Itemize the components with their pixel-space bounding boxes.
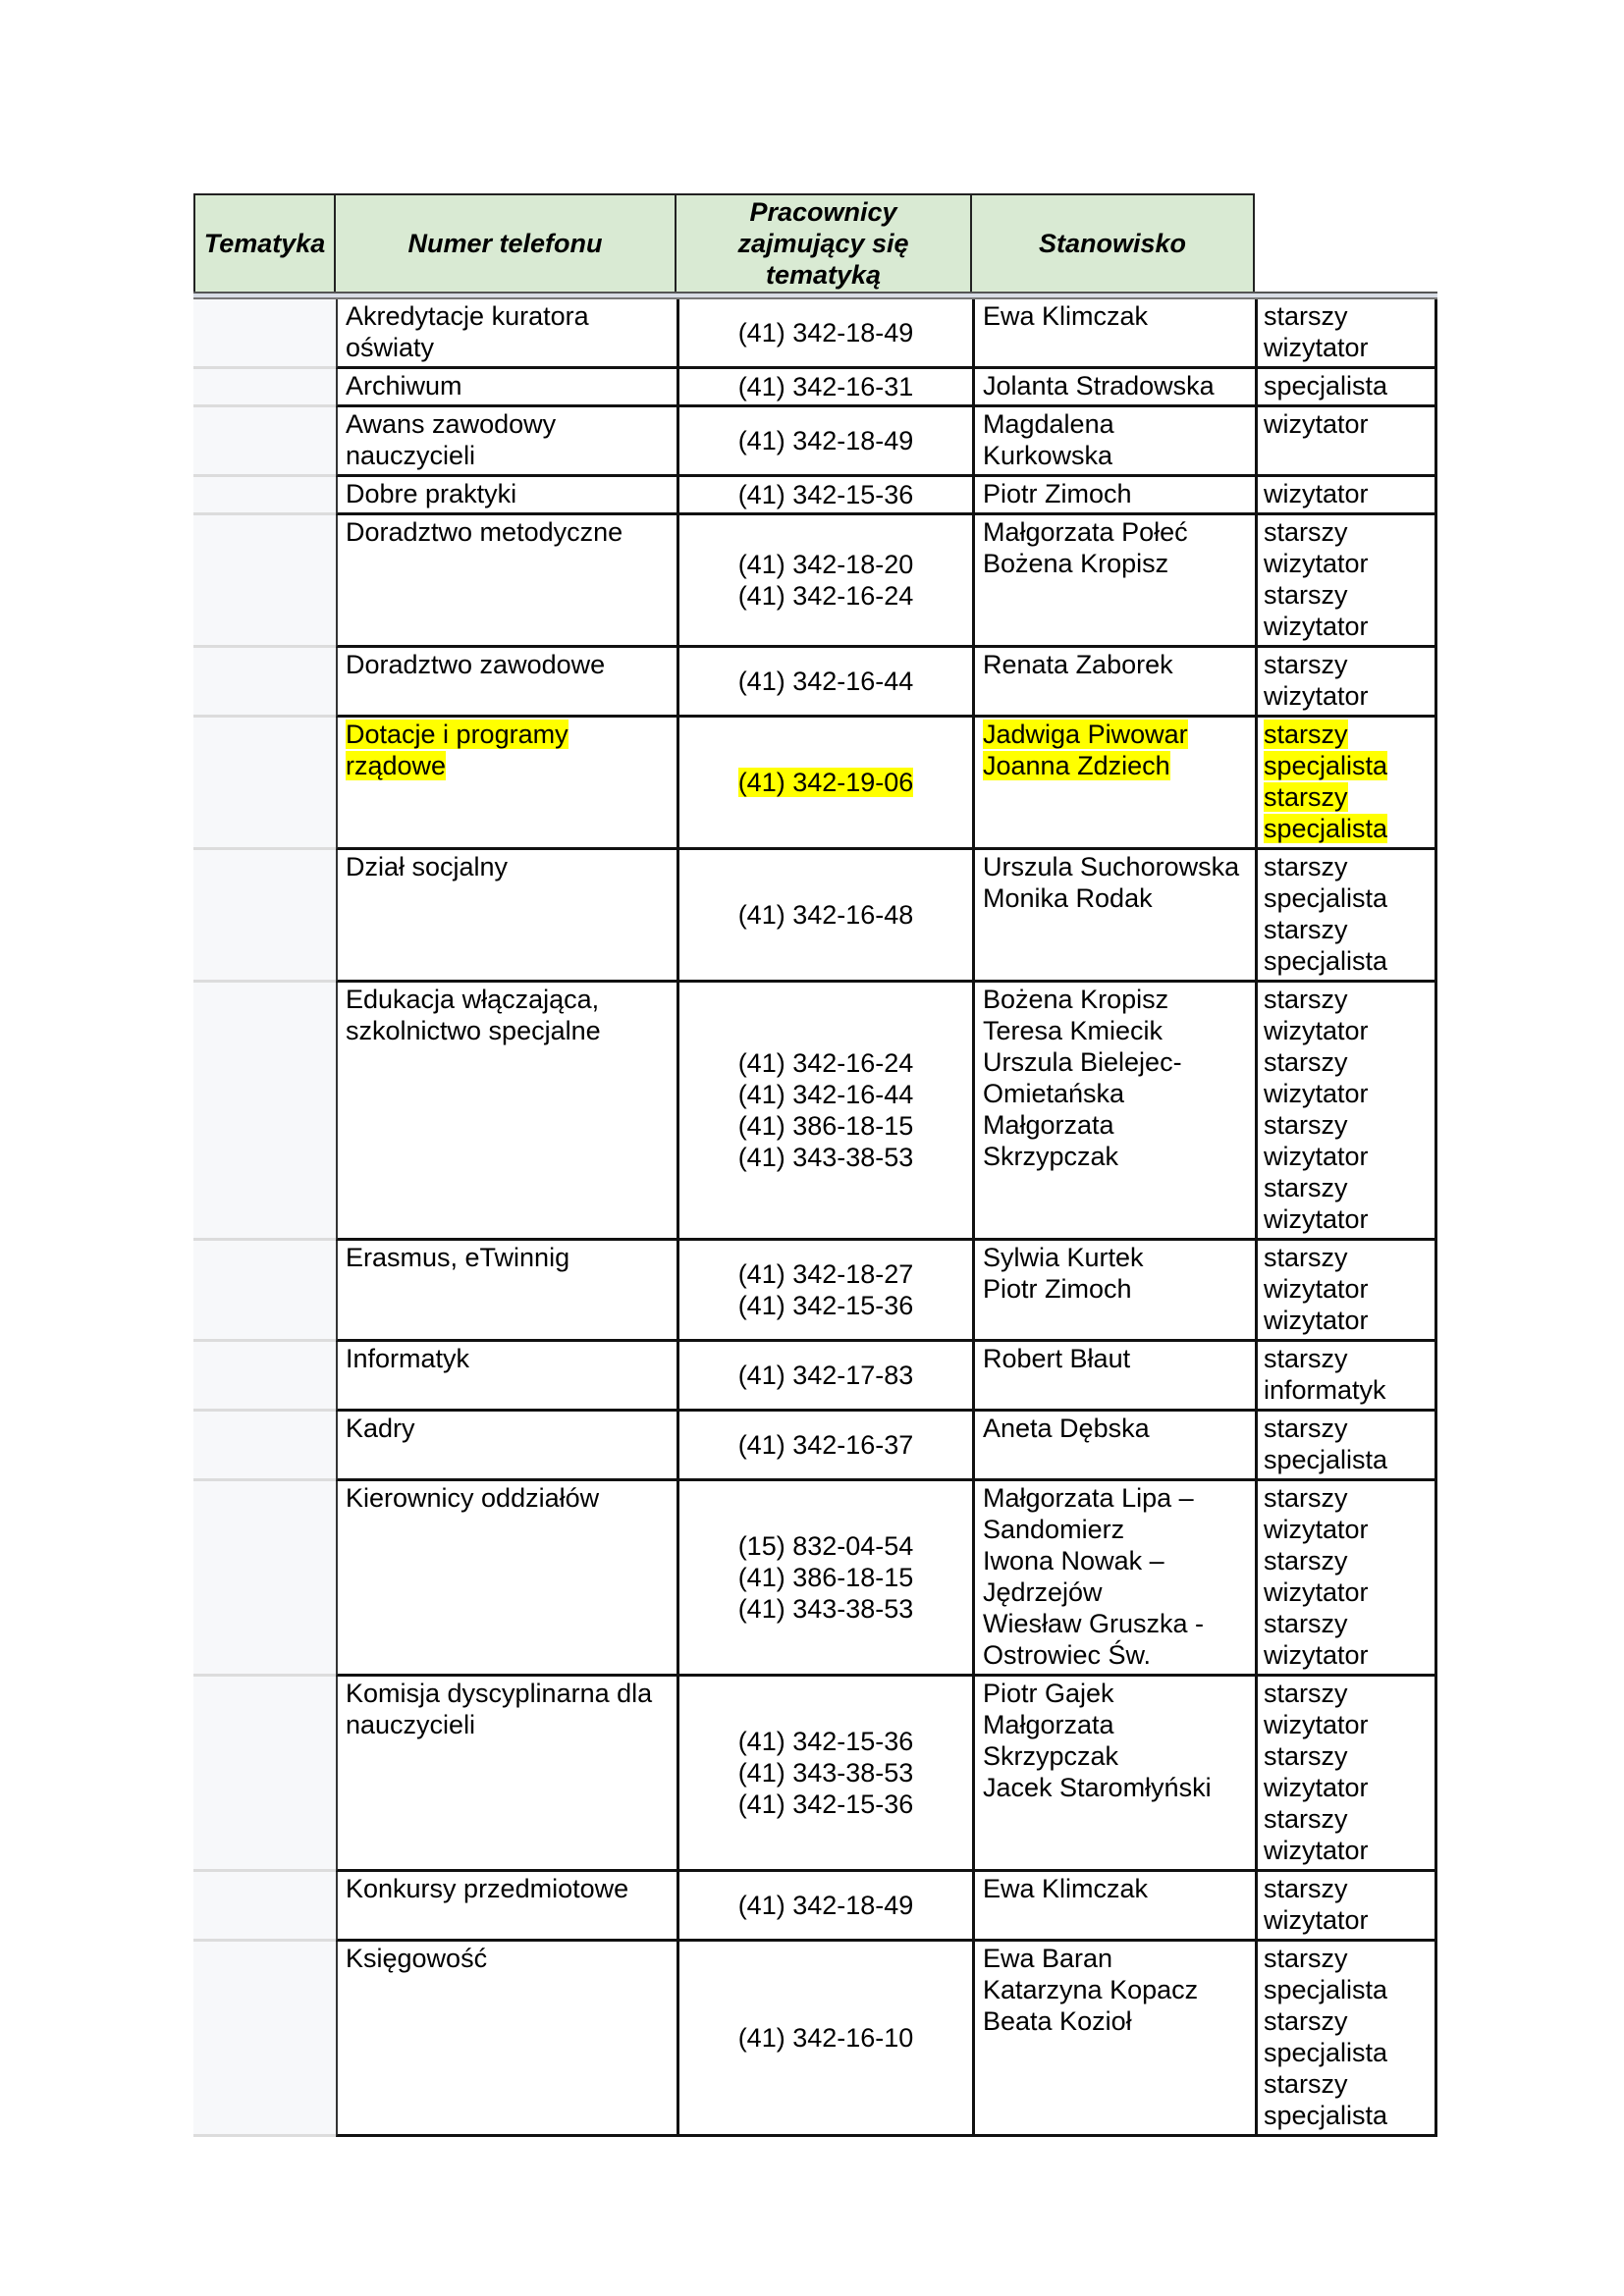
employees-cell-line: Skrzypczak — [983, 1141, 1247, 1172]
employees-cell-line: Bożena Kropisz — [983, 548, 1247, 579]
phone-cell-line: (41) 343-38-53 — [738, 1757, 914, 1789]
employees-cell-line: Ewa Baran — [983, 1943, 1247, 1974]
position-cell-line: specjalista — [1264, 813, 1427, 844]
position-cell: starszywizytator — [1255, 299, 1437, 369]
employees-cell-line: Urszula Bielejec- — [983, 1046, 1247, 1078]
topic-cell: Kierownicy oddziałów — [336, 1481, 677, 1677]
employees-cell-line: Skrzypczak — [983, 1740, 1247, 1772]
employees-cell-line: Beata Kozioł — [983, 2005, 1247, 2037]
topic-cell: Archiwum — [336, 369, 677, 407]
topic-cell-line: Kierownicy oddziałów — [346, 1482, 669, 1514]
topic-cell-line: rządowe — [346, 750, 669, 781]
employees-cell-line: Magdalena — [983, 408, 1247, 440]
phone-cell-line: (41) 342-16-44 — [738, 666, 914, 697]
position-cell: starszywizytatorstarszywizytatorstarszyw… — [1255, 1677, 1437, 1872]
employees-cell-line: Małgorzata Połeć — [983, 516, 1247, 548]
position-cell-line: specjalista — [1264, 1444, 1427, 1475]
topic-cell-line: Doradztwo metodyczne — [346, 516, 669, 548]
phone-cell-line: (41) 342-18-49 — [738, 425, 914, 456]
topic-cell-line: Kadry — [346, 1413, 669, 1444]
topic-cell-line: nauczycieli — [346, 440, 669, 471]
phone-cell: (41) 342-18-49 — [677, 1872, 972, 1942]
position-cell: starszyspecjalista — [1255, 1412, 1437, 1481]
row-index-cell — [193, 1241, 336, 1342]
employees-cell-line: Robert Błaut — [983, 1343, 1247, 1374]
phone-cell-line: (41) 342-15-36 — [738, 1789, 914, 1820]
position-cell-line: starszy — [1264, 1678, 1427, 1709]
position-cell-line: wizytator — [1264, 1015, 1427, 1046]
phone-cell-line: (41) 342-16-44 — [738, 1079, 914, 1110]
row-index-cell — [193, 718, 336, 850]
topic-cell-line: Akredytacje kuratora — [346, 300, 669, 332]
employees-cell: Ewa BaranKatarzyna KopaczBeata Kozioł — [972, 1942, 1255, 2137]
phone-cell: (41) 342-16-44 — [677, 648, 972, 718]
row-index-cell — [193, 648, 336, 718]
row-index-cell — [193, 515, 336, 648]
topic-cell: Komisja dyscyplinarna dlanauczycieli — [336, 1677, 677, 1872]
topic-cell-line: Doradztwo zawodowe — [346, 649, 669, 680]
position-cell: wizytator — [1255, 477, 1437, 515]
topic-cell: Doradztwo zawodowe — [336, 648, 677, 718]
employees-cell-line: Katarzyna Kopacz — [983, 1974, 1247, 2005]
employees-cell: Robert Błaut — [972, 1342, 1255, 1412]
position-cell: starszywizytatorstarszywizytatorstarszyw… — [1255, 983, 1437, 1241]
phone-cell-line: (41) 342-16-48 — [738, 899, 914, 931]
employees-cell: Małgorzata PołećBożena Kropisz — [972, 515, 1255, 648]
phone-cell: (41) 342-16-24(41) 342-16-44(41) 386-18-… — [677, 983, 972, 1241]
header-separator — [193, 292, 1437, 299]
topic-cell-line: oświaty — [346, 332, 669, 363]
topic-cell: Kadry — [336, 1412, 677, 1481]
employees-cell: MagdalenaKurkowska — [972, 407, 1255, 477]
table-row: Archiwum(41) 342-16-31Jolanta Stradowska… — [193, 369, 1437, 407]
phone-cell-line: (41) 342-16-37 — [738, 1429, 914, 1461]
position-cell-line: wizytator — [1264, 332, 1427, 363]
topic-cell: Edukacja włączająca,szkolnictwo specjaln… — [336, 983, 677, 1241]
employees-cell: Jolanta Stradowska — [972, 369, 1255, 407]
phone-cell: (41) 342-16-31 — [677, 369, 972, 407]
employees-cell: Jadwiga PiwowarJoanna Zdziech — [972, 718, 1255, 850]
position-cell-line: starszy — [1264, 2068, 1427, 2100]
position-cell-line: starszy — [1264, 781, 1427, 813]
phone-cell-line: (41) 342-15-36 — [738, 1290, 914, 1321]
row-index-cell — [193, 850, 336, 983]
table-row: Księgowość(41) 342-16-10Ewa BaranKatarzy… — [193, 1942, 1437, 2137]
position-cell-line: wizytator — [1264, 1305, 1427, 1336]
position-cell-line: starszy — [1264, 719, 1427, 750]
position-cell-line: specjalista — [1264, 882, 1427, 914]
position-cell-line: starszy — [1264, 1046, 1427, 1078]
position-cell-line: starszy — [1264, 649, 1427, 680]
employees-cell-line: Jadwiga Piwowar — [983, 719, 1247, 750]
table-row: Erasmus, eTwinnig(41) 342-18-27(41) 342-… — [193, 1241, 1437, 1342]
position-cell-line: starszy — [1264, 1873, 1427, 1904]
table-row: Akredytacje kuratoraoświaty(41) 342-18-4… — [193, 299, 1437, 369]
position-cell-line: starszy — [1264, 1545, 1427, 1576]
position-cell-line: specjalista — [1264, 1974, 1427, 2005]
employees-cell-line: Teresa Kmiecik — [983, 1015, 1247, 1046]
position-cell-line: starszy — [1264, 851, 1427, 882]
position-cell-line: starszy — [1264, 914, 1427, 945]
table-row: Doradztwo zawodowe(41) 342-16-44Renata Z… — [193, 648, 1437, 718]
position-cell-line: starszy — [1264, 1803, 1427, 1835]
phone-cell-line: (15) 832-04-54 — [738, 1530, 914, 1562]
employees-cell: Urszula SuchorowskaMonika Rodak — [972, 850, 1255, 983]
position-cell-line: starszy — [1264, 579, 1427, 611]
position-cell-line: starszy — [1264, 1482, 1427, 1514]
position-cell-line: specjalista — [1264, 945, 1427, 977]
topic-cell-line: Księgowość — [346, 1943, 669, 1974]
phone-cell-line: (41) 386-18-15 — [738, 1110, 914, 1142]
topic-cell: Dotacje i programyrządowe — [336, 718, 677, 850]
position-cell-line: wizytator — [1264, 478, 1427, 509]
employees-cell-line: Aneta Dębska — [983, 1413, 1247, 1444]
position-cell-line: starszy — [1264, 984, 1427, 1015]
table-row: Awans zawodowynauczycieli(41) 342-18-49M… — [193, 407, 1437, 477]
row-index-cell — [193, 477, 336, 515]
position-cell-line: wizytator — [1264, 548, 1427, 579]
phone-cell-line: (41) 386-18-15 — [738, 1562, 914, 1593]
position-cell-line: wizytator — [1264, 1078, 1427, 1109]
employees-cell-line: Urszula Suchorowska — [983, 851, 1247, 882]
position-cell-line: starszy — [1264, 1109, 1427, 1141]
phone-cell: (41) 342-18-49 — [677, 299, 972, 369]
position-cell-line: wizytator — [1264, 1203, 1427, 1235]
phone-cell: (41) 342-16-48 — [677, 850, 972, 983]
table-row: Komisja dyscyplinarna dlanauczycieli(41)… — [193, 1677, 1437, 1872]
row-index-cell — [193, 1342, 336, 1412]
employees-cell-line: Iwona Nowak – — [983, 1545, 1247, 1576]
topic-cell: Dobre praktyki — [336, 477, 677, 515]
table-row: Doradztwo metodyczne(41) 342-18-20(41) 3… — [193, 515, 1437, 648]
position-cell-line: starszy — [1264, 300, 1427, 332]
topic-cell-line: nauczycieli — [346, 1709, 669, 1740]
position-cell-line: starszy — [1264, 1343, 1427, 1374]
topic-cell: Dział socjalny — [336, 850, 677, 983]
phone-cell-line: (41) 342-15-36 — [738, 479, 914, 510]
employees-cell-line: Bożena Kropisz — [983, 984, 1247, 1015]
topic-cell-line: Archiwum — [346, 370, 669, 401]
employees-cell-line: Joanna Zdziech — [983, 750, 1247, 781]
phone-cell: (41) 342-17-83 — [677, 1342, 972, 1412]
phone-cell-line: (41) 342-15-36 — [738, 1726, 914, 1757]
position-cell-line: specjalista — [1264, 370, 1427, 401]
topic-cell-line: Dobre praktyki — [346, 478, 669, 509]
employees-cell: Renata Zaborek — [972, 648, 1255, 718]
position-cell-line: starszy — [1264, 1608, 1427, 1639]
row-index-cell — [193, 1872, 336, 1942]
phone-cell-line: (41) 342-17-83 — [738, 1360, 914, 1391]
employees-cell-line: Małgorzata — [983, 1109, 1247, 1141]
header-tematyka: Tematyka — [193, 193, 336, 292]
document-page: Tematyka Numer telefonu Pracownicy zajmu… — [0, 0, 1624, 2296]
table-row: Kadry(41) 342-16-37Aneta Dębskastarszysp… — [193, 1412, 1437, 1481]
header-numer-telefonu: Numer telefonu — [336, 193, 677, 292]
topic-cell: Księgowość — [336, 1942, 677, 2137]
topic-cell-line: Edukacja włączająca, — [346, 984, 669, 1015]
position-cell: starszywizytator — [1255, 648, 1437, 718]
employees-cell: Sylwia KurtekPiotr Zimoch — [972, 1241, 1255, 1342]
position-cell-line: specjalista — [1264, 2037, 1427, 2068]
employees-cell: Bożena KropiszTeresa KmiecikUrszula Biel… — [972, 983, 1255, 1241]
phone-cell-line: (41) 342-18-20 — [738, 549, 914, 580]
position-cell: specjalista — [1255, 369, 1437, 407]
employees-cell: Piotr Zimoch — [972, 477, 1255, 515]
topic-cell-line: Dotacje i programy — [346, 719, 669, 750]
position-cell: starszyinformatyk — [1255, 1342, 1437, 1412]
topic-cell: Awans zawodowynauczycieli — [336, 407, 677, 477]
employees-cell: Ewa Klimczak — [972, 299, 1255, 369]
employees-cell: Małgorzata Lipa –SandomierzIwona Nowak –… — [972, 1481, 1255, 1677]
table-row: Informatyk(41) 342-17-83Robert Błautstar… — [193, 1342, 1437, 1412]
phone-cell: (41) 342-15-36(41) 343-38-53(41) 342-15-… — [677, 1677, 972, 1872]
topic-cell-line: Dział socjalny — [346, 851, 669, 882]
table-row: Kierownicy oddziałów(15) 832-04-54(41) 3… — [193, 1481, 1437, 1677]
position-cell: starszywizytator — [1255, 1872, 1437, 1942]
position-cell-line: informatyk — [1264, 1374, 1427, 1406]
phone-cell-line: (41) 342-18-49 — [738, 317, 914, 348]
header-pracownicy: Pracownicy zajmujący się tematyką — [677, 193, 972, 292]
employees-cell-line: Sandomierz — [983, 1514, 1247, 1545]
position-cell: starszyspecjalistastarszyspecjalista — [1255, 718, 1437, 850]
employees-cell-line: Ewa Klimczak — [983, 300, 1247, 332]
position-cell-line: wizytator — [1264, 1709, 1427, 1740]
phone-cell: (41) 342-19-06 — [677, 718, 972, 850]
employees-cell-line: Piotr Zimoch — [983, 1273, 1247, 1305]
phone-cell-line: (41) 342-16-24 — [738, 1047, 914, 1079]
phone-cell: (41) 342-18-49 — [677, 407, 972, 477]
phone-cell-line: (41) 342-18-49 — [738, 1890, 914, 1921]
topic-cell-line: Komisja dyscyplinarna dla — [346, 1678, 669, 1709]
phone-cell-line: (41) 343-38-53 — [738, 1142, 914, 1173]
employees-cell-line: Monika Rodak — [983, 882, 1247, 914]
position-cell-line: wizytator — [1264, 611, 1427, 642]
topic-cell-line: szkolnictwo specjalne — [346, 1015, 669, 1046]
position-cell-line: wizytator — [1264, 1835, 1427, 1866]
position-cell: starszyspecjalistastarszyspecjalista — [1255, 850, 1437, 983]
employees-cell: Ewa Klimczak — [972, 1872, 1255, 1942]
position-cell-line: wizytator — [1264, 1141, 1427, 1172]
phone-cell: (41) 342-15-36 — [677, 477, 972, 515]
employees-cell-line: Ostrowiec Św. — [983, 1639, 1247, 1671]
position-cell: wizytator — [1255, 407, 1437, 477]
employees-cell-line: Małgorzata Lipa – — [983, 1482, 1247, 1514]
position-cell: starszywizytatorstarszywizytator — [1255, 515, 1437, 648]
table-row: Konkursy przedmiotowe(41) 342-18-49Ewa K… — [193, 1872, 1437, 1942]
position-cell: starszyspecjalistastarszyspecjalistastar… — [1255, 1942, 1437, 2137]
position-cell-line: wizytator — [1264, 1772, 1427, 1803]
row-index-cell — [193, 1677, 336, 1872]
row-index-cell — [193, 1481, 336, 1677]
position-cell-line: starszy — [1264, 2005, 1427, 2037]
row-index-cell — [193, 1942, 336, 2137]
phone-cell: (41) 342-16-10 — [677, 1942, 972, 2137]
position-cell-line: wizytator — [1264, 408, 1427, 440]
topic-cell: Akredytacje kuratoraoświaty — [336, 299, 677, 369]
position-cell-line: specjalista — [1264, 750, 1427, 781]
employees-cell-line: Wiesław Gruszka - — [983, 1608, 1247, 1639]
phone-cell: (41) 342-16-37 — [677, 1412, 972, 1481]
table-row: Dział socjalny(41) 342-16-48Urszula Such… — [193, 850, 1437, 983]
phone-cell-line: (41) 342-19-06 — [738, 767, 914, 798]
position-cell: starszywizytatorstarszywizytatorstarszyw… — [1255, 1481, 1437, 1677]
topic-cell-line: Erasmus, eTwinnig — [346, 1242, 669, 1273]
employees-cell-line: Ewa Klimczak — [983, 1873, 1247, 1904]
employees-cell-line: Jolanta Stradowska — [983, 370, 1247, 401]
topic-cell: Doradztwo metodyczne — [336, 515, 677, 648]
position-cell-line: wizytator — [1264, 1904, 1427, 1936]
employees-cell-line: Jacek Staromłyński — [983, 1772, 1247, 1803]
row-index-cell — [193, 983, 336, 1241]
topic-cell: Erasmus, eTwinnig — [336, 1241, 677, 1342]
phone-cell-line: (41) 342-16-10 — [738, 2022, 914, 2054]
phone-cell: (15) 832-04-54(41) 386-18-15(41) 343-38-… — [677, 1481, 972, 1677]
employees-cell: Aneta Dębska — [972, 1412, 1255, 1481]
phone-cell: (41) 342-18-27(41) 342-15-36 — [677, 1241, 972, 1342]
employees-cell-line: Omietańska — [983, 1078, 1247, 1109]
position-cell-line: wizytator — [1264, 1639, 1427, 1671]
row-index-cell — [193, 299, 336, 369]
employees-cell-line: Piotr Gajek — [983, 1678, 1247, 1709]
table-row: Edukacja włączająca,szkolnictwo specjaln… — [193, 983, 1437, 1241]
table-row: Dobre praktyki(41) 342-15-36Piotr Zimoch… — [193, 477, 1437, 515]
position-cell-line: specjalista — [1264, 2100, 1427, 2131]
row-index-cell — [193, 1412, 336, 1481]
position-cell-line: starszy — [1264, 1413, 1427, 1444]
phone-cell-line: (41) 342-16-31 — [738, 371, 914, 402]
position-cell-line: starszy — [1264, 1740, 1427, 1772]
position-cell-line: starszy — [1264, 1943, 1427, 1974]
position-cell-line: starszy — [1264, 1242, 1427, 1273]
employees-cell-line: Piotr Zimoch — [983, 478, 1247, 509]
position-cell-line: wizytator — [1264, 680, 1427, 712]
employees-cell-line: Renata Zaborek — [983, 649, 1247, 680]
row-index-cell — [193, 369, 336, 407]
row-index-cell — [193, 407, 336, 477]
header-stanowisko: Stanowisko — [972, 193, 1255, 292]
table-row: Dotacje i programyrządowe(41) 342-19-06J… — [193, 718, 1437, 850]
phone-cell-line: (41) 342-18-27 — [738, 1258, 914, 1290]
position-cell: starszywizytatorwizytator — [1255, 1241, 1437, 1342]
position-cell-line: wizytator — [1264, 1576, 1427, 1608]
employees-cell-line: Sylwia Kurtek — [983, 1242, 1247, 1273]
employees-cell-line: Małgorzata — [983, 1709, 1247, 1740]
phone-cell: (41) 342-18-20(41) 342-16-24 — [677, 515, 972, 648]
employees-cell-line: Kurkowska — [983, 440, 1247, 471]
phone-cell-line: (41) 343-38-53 — [738, 1593, 914, 1625]
topic-cell-line: Informatyk — [346, 1343, 669, 1374]
position-cell-line: wizytator — [1264, 1273, 1427, 1305]
topic-cell-line: Awans zawodowy — [346, 408, 669, 440]
position-cell-line: wizytator — [1264, 1514, 1427, 1545]
phone-cell-line: (41) 342-16-24 — [738, 580, 914, 612]
topic-cell: Konkursy przedmiotowe — [336, 1872, 677, 1942]
topic-cell: Informatyk — [336, 1342, 677, 1412]
position-cell-line: starszy — [1264, 516, 1427, 548]
employees-cell-line: Jędrzejów — [983, 1576, 1247, 1608]
topic-cell-line: Konkursy przedmiotowe — [346, 1873, 669, 1904]
employees-cell: Piotr GajekMałgorzataSkrzypczakJacek Sta… — [972, 1677, 1255, 1872]
position-cell-line: starszy — [1264, 1172, 1427, 1203]
